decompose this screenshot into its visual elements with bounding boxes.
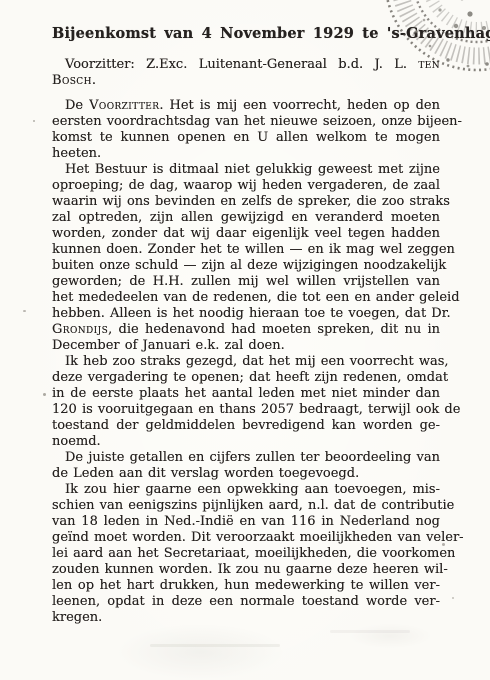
paragraph: Het Bestuur is ditmaal niet gelukkig gew… (52, 162, 440, 354)
text-line: van 18 leden in Ned.-Indië en van 116 in… (52, 514, 440, 530)
text-line: Bosch. (52, 73, 440, 89)
text-line: Voorzitter: Z.Exc. Luitenant-Generaal b.… (52, 57, 440, 73)
scan-smudge (330, 630, 410, 633)
text-line: het mededeelen van de redenen, die tot e… (52, 290, 440, 306)
text-line: schien van eenigszins pijnlijken aard, n… (52, 498, 440, 514)
text-line: Het Bestuur is ditmaal niet gelukkig gew… (52, 162, 440, 178)
text-line: de Leden aan dit verslag worden toegevoe… (52, 466, 440, 482)
text-line: geïnd moet worden. Dit veroorzaakt moeil… (52, 530, 440, 546)
ink-speck (43, 393, 46, 396)
small-caps-name: ten (418, 57, 440, 72)
text-line: zouden kunnen worden. Ik zou nu gaarne d… (52, 562, 440, 578)
body-paragraphs: De Voorzitter. Het is mij een voorrecht,… (52, 98, 440, 626)
text-block: Bijeenkomst van 4 November 1929 te 's-Gr… (52, 24, 440, 626)
text-line: lei aard aan het Secretariaat, moeilijkh… (52, 546, 440, 562)
text-line: worden, zonder dat wij daar eigenlijk ve… (52, 226, 440, 242)
small-caps-name: Voorzitter (89, 98, 159, 113)
text-line: Grondijs, die hedenavond had moeten spre… (52, 322, 440, 338)
text-line: heeten. (52, 146, 440, 162)
text-line: komst te kunnen openen en U allen welkom… (52, 130, 440, 146)
paragraph: Ik heb zoo straks gezegd, dat het mij ee… (52, 354, 440, 450)
text-line: kregen. (52, 610, 440, 626)
text-line: kunnen doen. Zonder het te willen — en i… (52, 242, 440, 258)
ink-speck (33, 120, 35, 122)
document-title: Bijeenkomst van 4 November 1929 te 's-Gr… (52, 24, 440, 44)
text-line: buiten onze schuld — zijn al deze wijzig… (52, 258, 440, 274)
text-line: waarin wij ons bevinden en zelfs de spre… (52, 194, 440, 210)
text-line: December of Januari e.k. zal doen. (52, 338, 440, 354)
text-line: in de eerste plaats het aantal leden met… (52, 386, 440, 402)
scan-smudge (150, 644, 280, 647)
text-line: oproeping; de dag, waarop wij heden verg… (52, 178, 440, 194)
scanned-document-page: Bijeenkomst van 4 November 1929 te 's-Gr… (0, 0, 490, 680)
text-line: De juiste getallen en cijfers zullen ter… (52, 450, 440, 466)
text-line: noemd. (52, 434, 440, 450)
text-line: toestand der geldmiddelen bevredigend ka… (52, 418, 440, 434)
text-line: deze vergadering te openen; dat heeft zi… (52, 370, 440, 386)
text-line: len op het hart drukken, hun medewerking… (52, 578, 440, 594)
paragraph: Ik zou hier gaarne een opwekking aan toe… (52, 482, 440, 626)
text-line: hebben. Alleen is het noodig hieraan toe… (52, 306, 440, 322)
ink-speck (442, 543, 445, 546)
small-caps-name: Bosch (52, 73, 92, 88)
text-line: Ik heb zoo straks gezegd, dat het mij ee… (52, 354, 440, 370)
text-line: Ik zou hier gaarne een opwekking aan toe… (52, 482, 440, 498)
paragraph: De juiste getallen en cijfers zullen ter… (52, 450, 440, 482)
ink-speck (452, 597, 454, 599)
text-line: zal optreden, zijn allen gewijzigd en ve… (52, 210, 440, 226)
small-caps-name: Grondijs (52, 322, 108, 337)
paragraph: De Voorzitter. Het is mij een voorrecht,… (52, 98, 440, 162)
chairman-block: Voorzitter: Z.Exc. Luitenant-Generaal b.… (52, 57, 440, 89)
text-line: 120 is vooruitgegaan en thans 2057 bedra… (52, 402, 440, 418)
text-line: leenen, opdat in deze een normale toesta… (52, 594, 440, 610)
text-line: geworden; de H.H. zullen mij wel willen … (52, 274, 440, 290)
text-line: De Voorzitter. Het is mij een voorrecht,… (52, 98, 440, 114)
ink-speck (23, 310, 26, 312)
text-line: eersten voordrachtsdag van het nieuwe se… (52, 114, 440, 130)
